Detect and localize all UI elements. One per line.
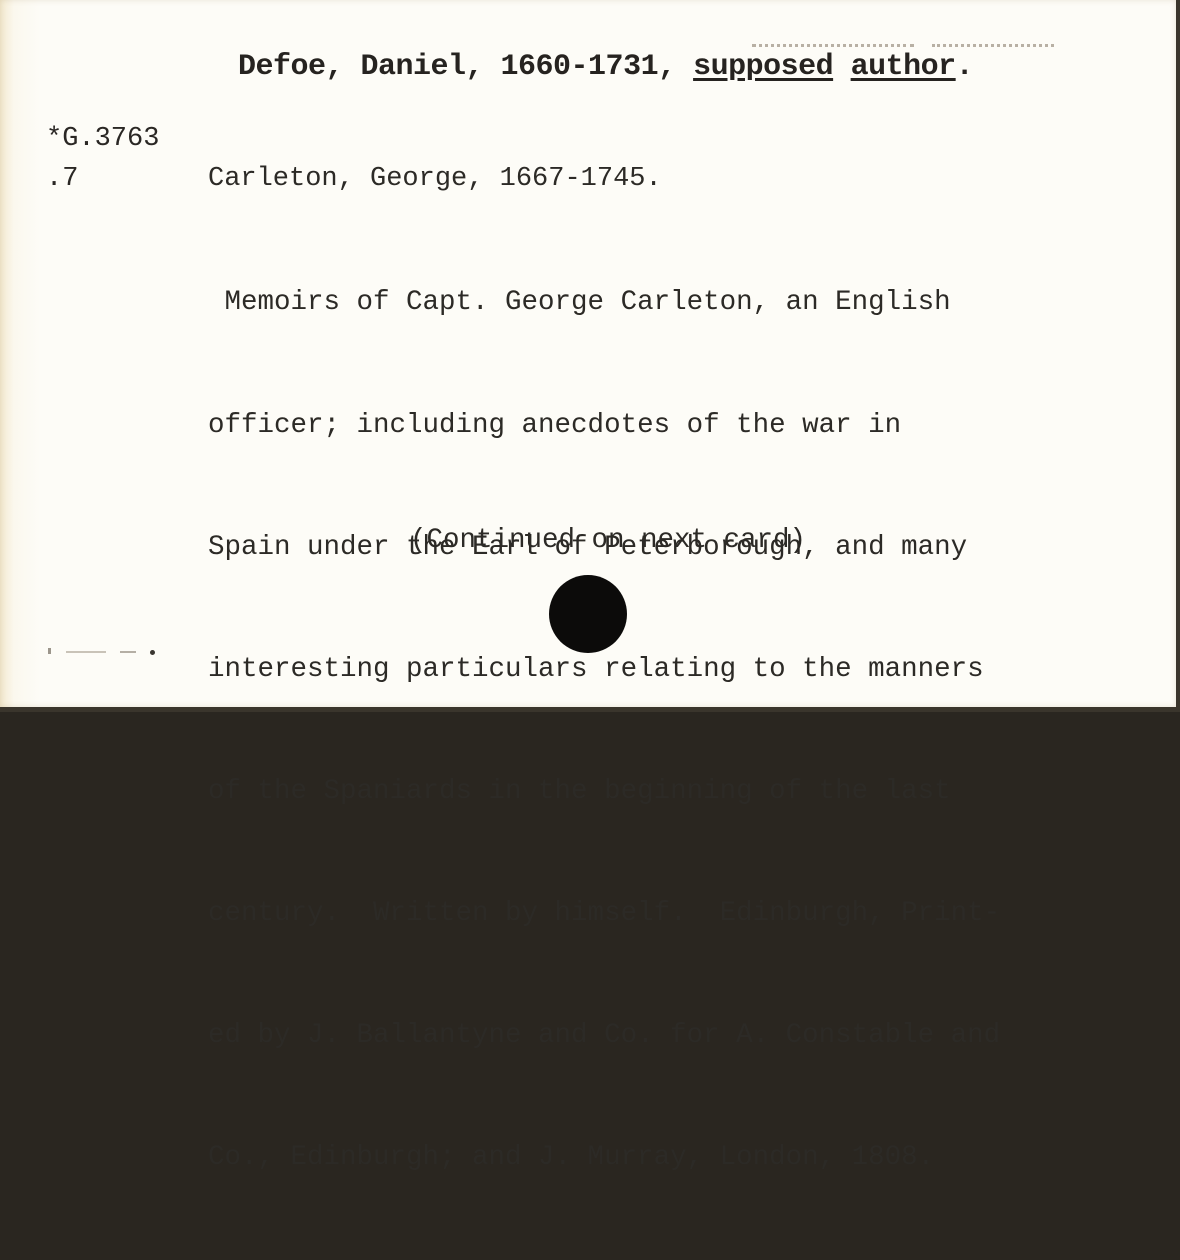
- call-number-line-2: .7: [46, 164, 78, 194]
- added-entry-heading: Defoe, Daniel, 1660-1731, supposed autho…: [238, 50, 973, 84]
- card-edge-shadow: [0, 707, 1180, 712]
- ink-smudge: [48, 648, 168, 658]
- punch-hole: [549, 575, 627, 653]
- heading-suffix: .: [956, 50, 974, 84]
- heading-underlined-supposed: supposed: [693, 50, 833, 84]
- heading-separator: [833, 50, 851, 84]
- continued-note: (Continued on next card): [410, 525, 806, 556]
- heading-prefix: Defoe, Daniel, 1660-1731,: [238, 50, 693, 84]
- description-line: Memoirs of Capt. George Carleton, an Eng…: [208, 283, 1000, 324]
- heading-underlined-author: author: [851, 50, 956, 84]
- main-entry-author: Carleton, George, 1667-1745.: [208, 164, 662, 194]
- description-line: interesting particulars relating to the …: [208, 650, 1000, 691]
- catalog-card: Defoe, Daniel, 1660-1731, supposed autho…: [0, 0, 1176, 707]
- description-line: officer; including anecdotes of the war …: [208, 406, 1000, 447]
- card-edge-shadow: [1176, 0, 1180, 712]
- call-number-line-1: *G.3763: [46, 124, 159, 154]
